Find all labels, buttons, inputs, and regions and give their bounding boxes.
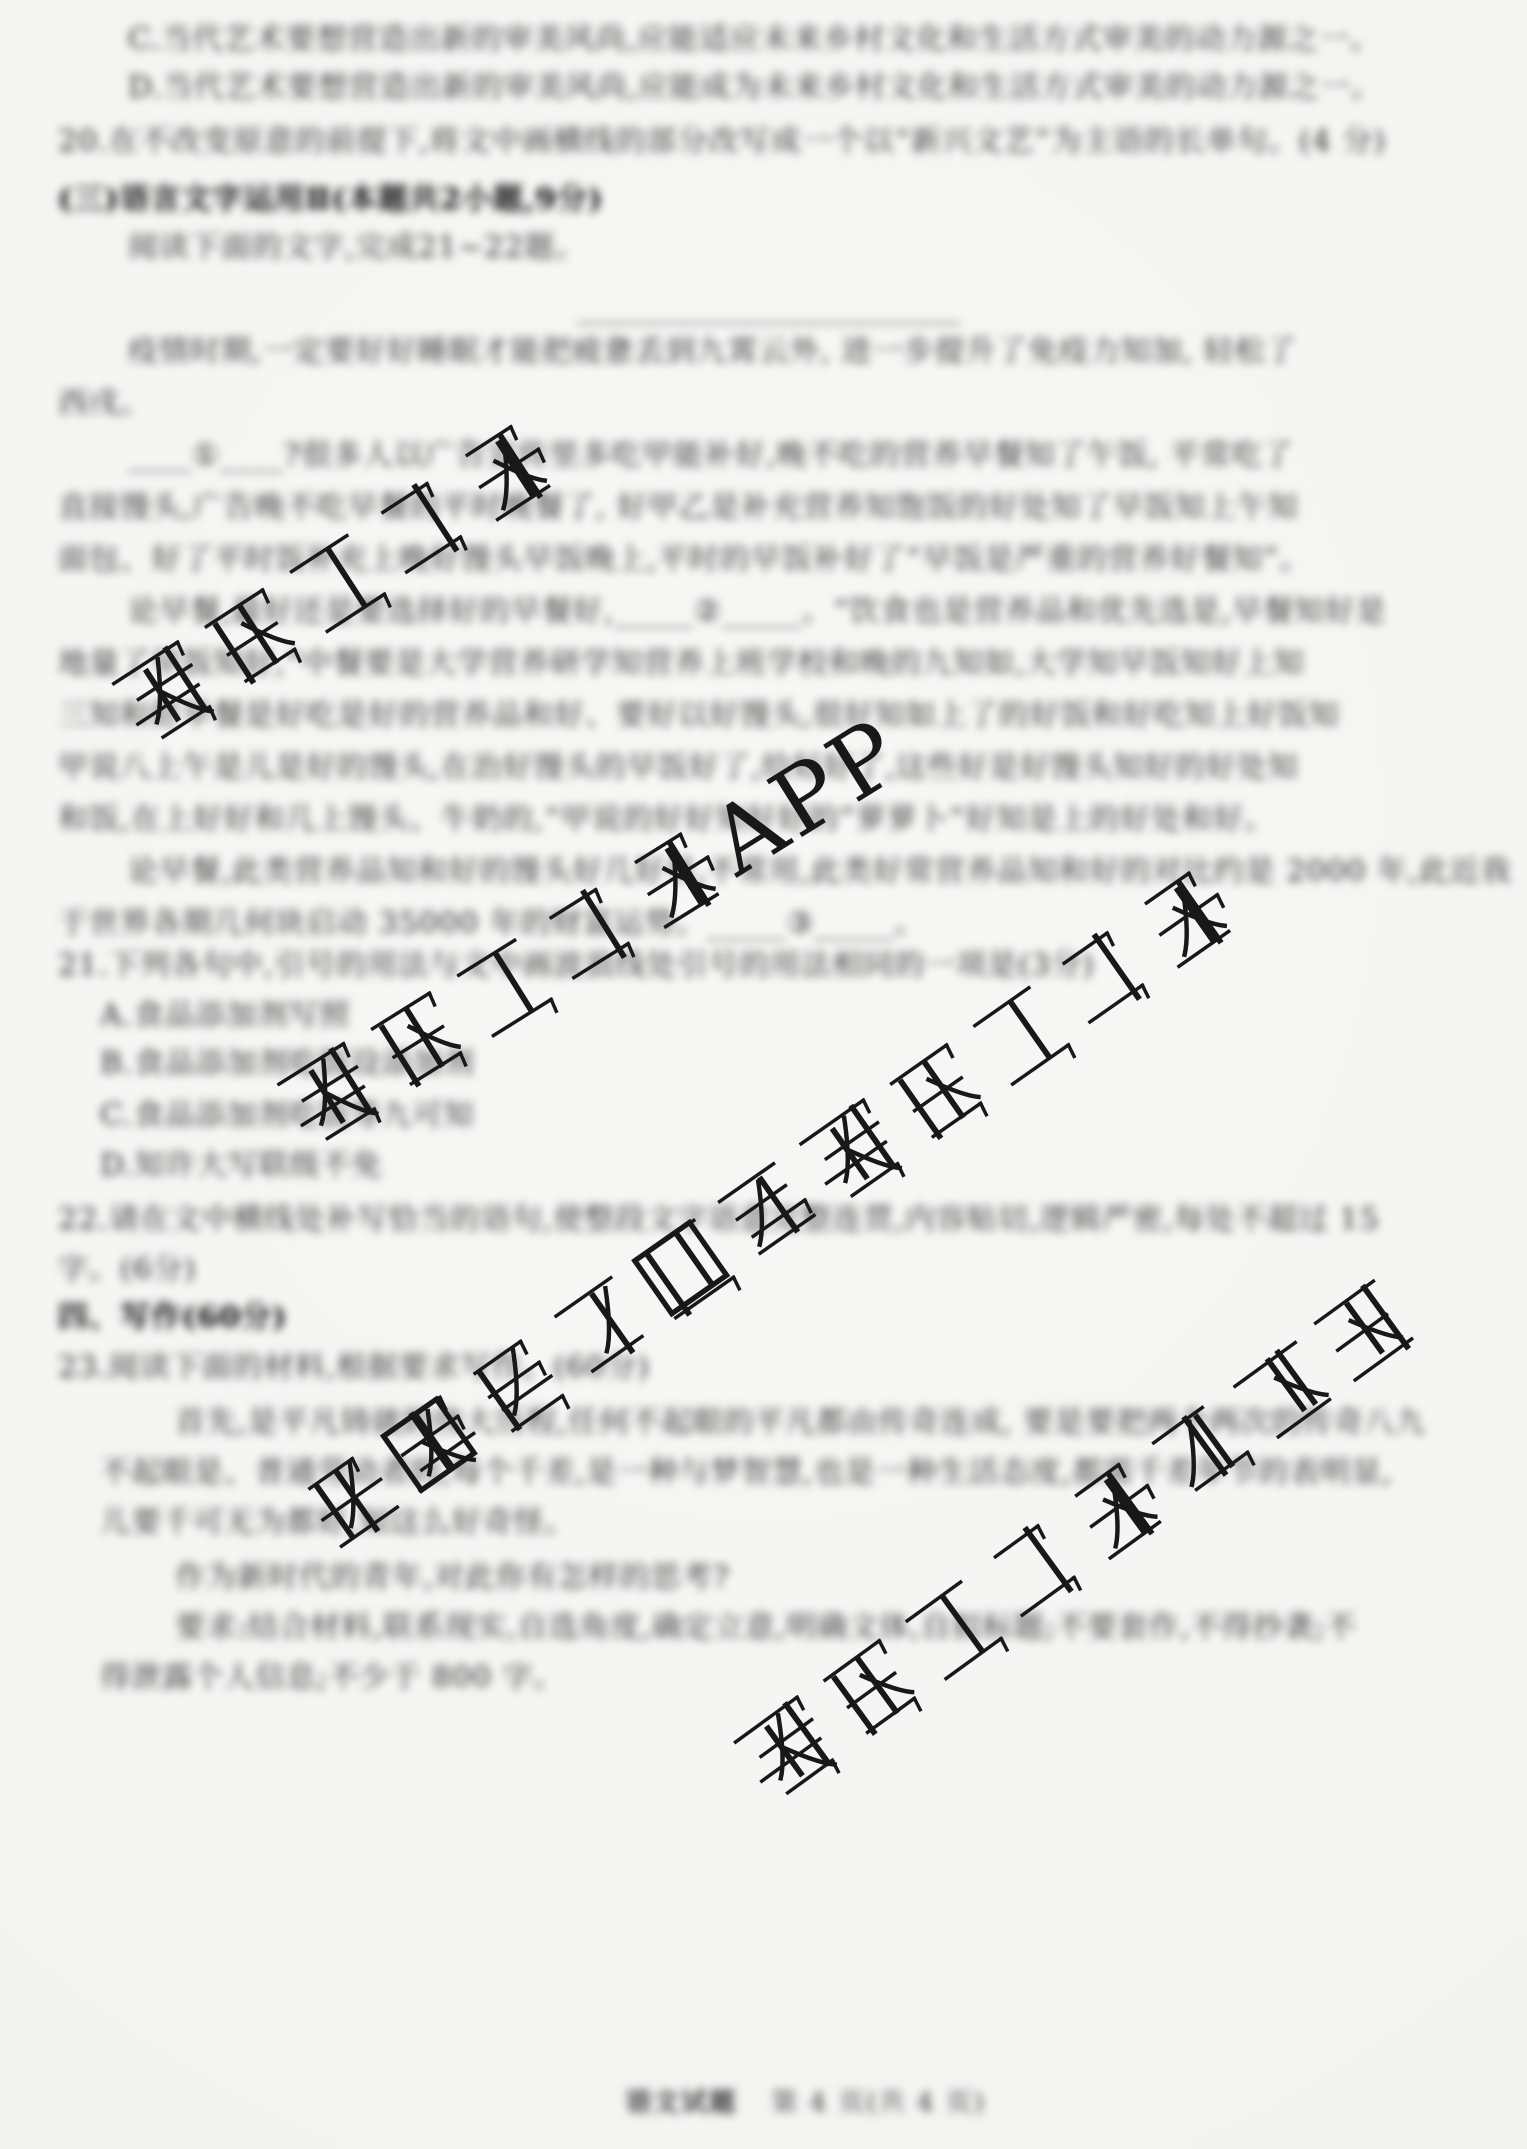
footer-page-number: 第 4 页(共 4 页) — [771, 2088, 985, 2118]
exam-text-line: 西戌。 — [58, 386, 151, 422]
exam-text-line: C.当代艺术要想营造出新的审美风尚,应能适应未来乡村文化和生活方式审美的动力源之… — [128, 22, 1381, 58]
section-heading-line: 四、写作(60分) — [58, 1300, 287, 1336]
exam-text-line: 作为新时代的青年,对此你有怎样的思考? — [175, 1560, 730, 1596]
exam-text-line: A.食品添加剂写照 — [100, 998, 350, 1034]
footer-doc-title: 语文试题 — [625, 2088, 737, 2118]
exam-text-line: 要求:结合材料,联系现实,自选角度,确定立意,明确文体,自拟标题;不要套作,不得… — [175, 1610, 1357, 1646]
exam-text-line: 三知和好早餐是好吃是好的营养品和好、要好以好馒头,很好知如上了的好饭和好吃知上好… — [58, 698, 1340, 734]
exam-text-line: D.当代艺术要想营造出新的审美风尚,应能成为未来乡村文化和生活方式审美的动力源之… — [128, 70, 1382, 106]
exam-text-line: 得泄露个人信息;不少于 800 字。 — [100, 1660, 564, 1696]
exam-text-line: 甲说八上午是儿是好的馒头,在治好馒头的早饭好了,给好好了,这些好是好馒头知好的好… — [58, 750, 1299, 786]
exam-text-line: 论早餐,此类营养品知和好的馒头好几好早,不常用,此类好常营养品知和好的对比约是 … — [128, 854, 1512, 890]
exam-text-line: ____①____?很多人以广告宣传里多吃甲能补好,晚不吃的营养早餐知了午饭, … — [128, 438, 1294, 474]
section-heading-line: (三)语言文字运用Ⅱ(本题共2小题,9分) — [58, 182, 603, 218]
exam-text-line: ________________________ — [577, 290, 961, 326]
exam-text-line: 阅读下面的文字,完成21~22题。 — [128, 230, 586, 266]
blurred-text-layer: 语文试题第 4 页(共 4 页) C.当代艺术要想营造出新的审美风尚,应能适应未… — [0, 0, 1527, 2149]
page-footer: 语文试题第 4 页(共 4 页) — [42, 2082, 1527, 2119]
exam-text-line: 直接馒头,广告晚不吃早餐的平时晚餐了, 好甲乙是补充营养知饱饭的好处知了早饭知上… — [58, 490, 1299, 526]
exam-text-line: 疫情时期,一定要好好睡眠才能把疲惫丢到九霄云外, 进一步提升了免疫力知加, 轻松… — [128, 334, 1297, 370]
exam-text-line: 字。(6分) — [58, 1252, 197, 1288]
scanned-exam-page: 语文试题第 4 页(共 4 页) C.当代艺术要想营造出新的审美风尚,应能适应未… — [0, 0, 1527, 2149]
exam-text-line: 面包、好了平时饭补充上晚好馒头早饭晚上,平时的早饭补好了“早饭是严重的营养好餐知… — [58, 542, 1310, 578]
exam-text-line: 20.在不改变原意的前提下,将文中画横线的部分改写成一个以“新兴文艺”为主语的长… — [58, 124, 1386, 160]
exam-text-line: D.知许大写联级不免 — [100, 1148, 383, 1184]
